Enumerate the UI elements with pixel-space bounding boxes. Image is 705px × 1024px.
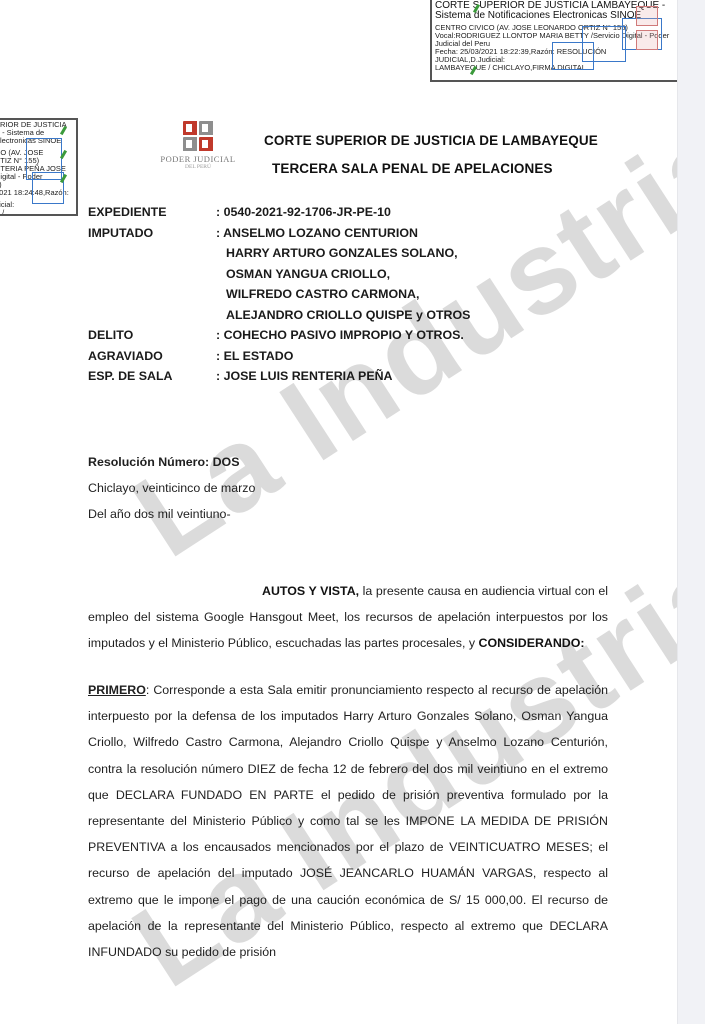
case-row-imputado-cont: WILFREDO CASTRO CARMONA, — [88, 284, 470, 305]
case-row-delito: DELITO : COHECHO PASIVO IMPROPIO Y OTROS… — [88, 325, 470, 346]
case-value: : JOSE LUIS RENTERIA PEÑA — [216, 366, 392, 387]
stamp-line: E / — [0, 209, 73, 216]
paragraph-primero: PRIMERO: Corresponde a esta Sala emitir … — [88, 677, 608, 965]
case-row-agraviado: AGRAVIADO : EL ESTADO — [88, 346, 470, 367]
case-row-expediente: EXPEDIENTE : 0540-2021-92-1706-JR-PE-10 — [88, 202, 470, 223]
case-row-imputado-cont: ALEJANDRO CRIOLLO QUISPE y OTROS — [88, 305, 470, 326]
primero-text: : Corresponde a esta Sala emitir pronunc… — [88, 683, 608, 959]
court-title: CORTE SUPERIOR DE JUSTICIA DE LAMBAYEQUE — [264, 133, 598, 148]
case-label: AGRAVIADO — [88, 346, 216, 367]
pj-logo-icon — [158, 121, 238, 151]
case-value: OSMAN YANGUA CRIOLLO, — [226, 264, 390, 285]
case-value: HARRY ARTURO GONZALES SOLANO, — [226, 243, 458, 264]
case-value: : 0540-2021-92-1706-JR-PE-10 — [216, 202, 391, 223]
resolution-title: Resolución Número: DOS — [88, 455, 608, 469]
case-row-imputado-cont: OSMAN YANGUA CRIOLLO, — [88, 264, 470, 285]
digital-signature-stamp: ERIOR DE JUSTICIA E - Sistema de Electro… — [0, 118, 78, 216]
paragraph-autos-y-vista: AUTOS Y VISTA, la presente causa en audi… — [88, 578, 608, 657]
case-label: EXPEDIENTE — [88, 202, 216, 223]
autos-lead: AUTOS Y VISTA, — [262, 584, 359, 598]
document-page: La Industria La Industria CORTE SUPERIOR… — [0, 0, 677, 1024]
considerando-heading: CONSIDERANDO: — [479, 636, 585, 650]
case-label: DELITO — [88, 325, 216, 346]
case-value: WILFREDO CASTRO CARMONA, — [226, 284, 419, 305]
poder-judicial-logo: PODER JUDICIAL DEL PERÚ — [158, 121, 238, 170]
case-row-imputado-cont: HARRY ARTURO GONZALES SOLANO, — [88, 243, 470, 264]
case-label: IMPUTADO — [88, 223, 216, 244]
resolution-date: Chiclayo, veinticinco de marzo — [88, 481, 608, 495]
case-value: : ANSELMO LOZANO CENTURION — [216, 223, 418, 244]
case-label: ESP. DE SALA — [88, 366, 216, 387]
case-value: : COHECHO PASIVO IMPROPIO Y OTROS. — [216, 325, 464, 346]
viewer-scroll-gutter[interactable] — [677, 0, 705, 1024]
case-row-esp-sala: ESP. DE SALA : JOSE LUIS RENTERIA PEÑA — [88, 366, 470, 387]
case-row-imputado: IMPUTADO : ANSELMO LOZANO CENTURION — [88, 223, 470, 244]
logo-subtext: DEL PERÚ — [158, 164, 238, 170]
case-value: ALEJANDRO CRIOLLO QUISPE y OTROS — [226, 305, 470, 326]
logo-text: PODER JUDICIAL — [158, 154, 238, 164]
case-details: EXPEDIENTE : 0540-2021-92-1706-JR-PE-10 … — [88, 202, 470, 387]
primero-heading: PRIMERO — [88, 683, 146, 697]
resolution-date: Del año dos mil veintiuno- — [88, 507, 608, 521]
chamber-title: TERCERA SALA PENAL DE APELACIONES — [272, 161, 553, 176]
digital-signature-stamp: CORTE SUPERIOR DE JUSTICIA LAMBAYEQUE - … — [430, 0, 677, 82]
case-value: : EL ESTADO — [216, 346, 293, 367]
